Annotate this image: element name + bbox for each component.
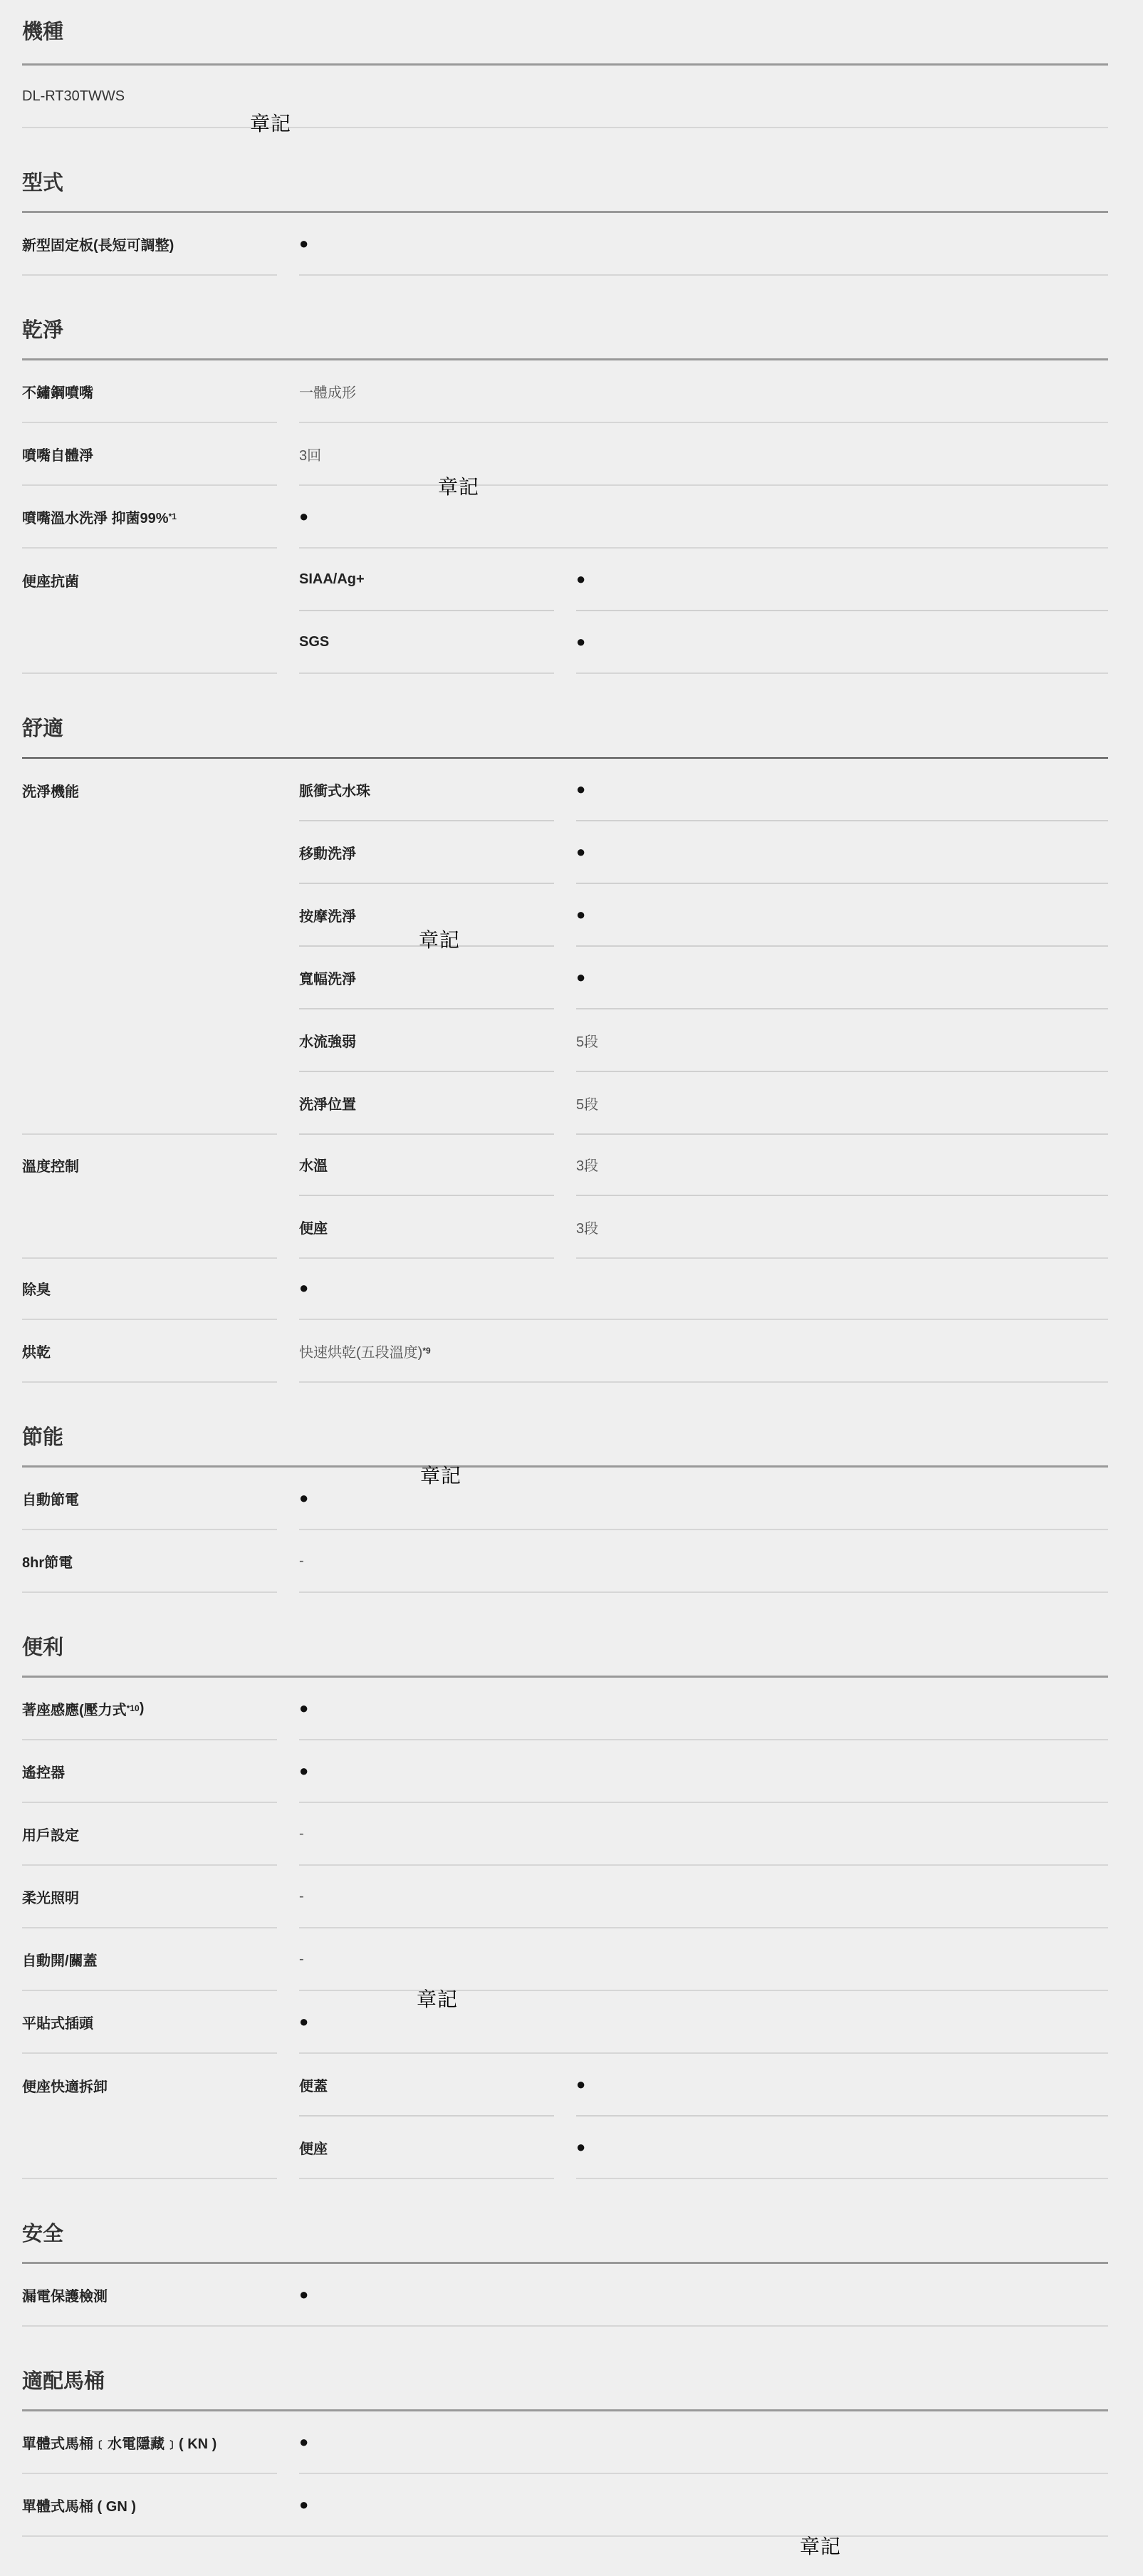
- footnote-mark: *10: [127, 1703, 140, 1713]
- spec-value: ●: [299, 1740, 1108, 1803]
- section-header: 便利: [22, 1593, 1108, 1678]
- spec-row: 不鏽鋼噴嘴 一體成形: [22, 360, 1108, 423]
- spec-subrow: 便蓋 ●: [299, 2054, 1108, 2117]
- spec-label: 噴嘴溫水洗淨 抑菌99%*1: [22, 486, 277, 549]
- section-convenience: 便利 著座感應(壓力式*10) ● 遙控器 ● 用戶設定 - 柔光照明 - 自動…: [22, 1593, 1108, 2179]
- bullet-icon: ●: [299, 234, 308, 253]
- section-compatible-toilet: 適配馬桶 單體式馬桶﹝水電隱藏﹞( KN ) ● 單體式馬桶 ( GN ) ●: [22, 2327, 1108, 2537]
- spec-label: 除臭: [22, 1257, 277, 1320]
- spec-label: 柔光照明: [22, 1866, 277, 1928]
- section-title: 適配馬桶: [22, 2369, 1108, 2394]
- spec-subrow: 水流強弱 5段: [299, 1009, 1108, 1072]
- spec-row: 平貼式插頭 ●: [22, 1991, 1108, 2054]
- spec-label: 溫度控制: [22, 1133, 277, 1259]
- footnote-mark: *1: [169, 511, 177, 521]
- spec-value: ●: [299, 486, 1108, 549]
- spec-label-text: 便座快適拆卸: [22, 2075, 108, 2096]
- spec-subkey: SGS: [299, 611, 554, 674]
- spec-label-text: 遙控器: [22, 1761, 65, 1782]
- watermark: 章記: [420, 1466, 461, 1486]
- model-number: DL-RT30TWWS: [22, 66, 1108, 128]
- spec-value: 快速烘乾(五段溫度)*9: [299, 1320, 1108, 1383]
- spec-row: 單體式馬桶 ( GN ) ●: [22, 2474, 1108, 2537]
- spec-row: 著座感應(壓力式*10) ●: [22, 1678, 1108, 1740]
- bullet-icon: ●: [299, 2285, 308, 2304]
- section-title: 型式: [22, 171, 1108, 195]
- spec-label-text: 洗淨機能: [22, 780, 79, 801]
- spec-label: 單體式馬桶 ( GN ): [22, 2474, 299, 2537]
- spec-label: 新型固定板(長短可調整): [22, 213, 277, 276]
- spec-value: 5段: [576, 1009, 1108, 1072]
- spec-subkey: 便座: [299, 1196, 554, 1259]
- spec-label: 便座快適拆卸: [22, 2054, 277, 2179]
- spec-subkey: 脈衝式水珠: [299, 759, 554, 821]
- spec-row: 除臭 ●: [22, 1257, 1108, 1320]
- section-comfort: 舒適 洗淨機能 脈衝式水珠 ● 移動洗淨 ● 按摩洗淨 ●: [22, 674, 1108, 1383]
- spec-label-text: 噴嘴自體淨: [22, 444, 93, 464]
- section-header: 舒適: [22, 674, 1108, 759]
- spec-label-text: 噴嘴溫水洗淨 抑菌99%: [22, 507, 169, 527]
- spec-row: 遙控器 ●: [22, 1740, 1108, 1803]
- bullet-icon: ●: [576, 570, 585, 588]
- bullet-icon: ●: [299, 1279, 308, 1297]
- section-header: 節能: [22, 1383, 1108, 1468]
- spec-subrow: 脈衝式水珠 ●: [299, 759, 1108, 821]
- spec-row: 洗淨機能 脈衝式水珠 ● 移動洗淨 ● 按摩洗淨 ● 寬幅洗淨 ●: [22, 759, 1108, 1135]
- bullet-icon: ●: [299, 1489, 308, 1507]
- spec-label-text: 烘乾: [22, 1341, 51, 1361]
- spec-row: 噴嘴溫水洗淨 抑菌99%*1 ●: [22, 486, 1108, 549]
- spec-label: 烘乾: [22, 1320, 277, 1383]
- spec-subkey: 水溫: [299, 1133, 554, 1196]
- bullet-icon: ●: [576, 633, 585, 651]
- bullet-icon: ●: [299, 1762, 308, 1780]
- spec-subkey: SIAA/Ag+: [299, 549, 554, 611]
- spec-value: ●: [299, 1678, 1108, 1740]
- spec-label-text: 平貼式插頭: [22, 2012, 93, 2032]
- spec-subrow: 便座 3段: [299, 1196, 1108, 1259]
- spec-label: 噴嘴自體淨: [22, 423, 277, 486]
- spec-subrow: SIAA/Ag+ ●: [299, 549, 1108, 611]
- section-title: 節能: [22, 1425, 1108, 1450]
- spec-row: 自動節電 ●: [22, 1468, 1108, 1530]
- spec-label: 平貼式插頭: [22, 1991, 277, 2054]
- spec-value: ●: [576, 821, 1108, 884]
- spec-label-text: 自動節電: [22, 1488, 79, 1509]
- spec-row: 噴嘴自體淨 3回: [22, 423, 1108, 486]
- spec-value: ●: [299, 2264, 1108, 2327]
- spec-label: 用戶設定: [22, 1803, 277, 1866]
- spec-value: 3段: [576, 1133, 1108, 1196]
- spec-row: 便座抗菌 SIAA/Ag+ ● SGS ●: [22, 549, 1108, 674]
- spec-row: 溫度控制 水溫 3段 便座 3段: [22, 1133, 1108, 1259]
- bullet-icon: ●: [299, 2012, 308, 2031]
- spec-label-text: 柔光照明: [22, 1886, 79, 1907]
- section-title: 機種: [22, 20, 1108, 44]
- section-type: 型式 新型固定板(長短可調整) ●: [22, 128, 1108, 276]
- section-header: 適配馬桶: [22, 2327, 1108, 2411]
- spec-value: ●: [299, 2411, 1108, 2474]
- spec-label-text: 自動開/關蓋: [22, 1949, 98, 1970]
- spec-subkey: 移動洗淨: [299, 821, 554, 884]
- spec-value: ●: [299, 1257, 1108, 1320]
- bullet-icon: ●: [576, 2138, 585, 2156]
- spec-row: 單體式馬桶﹝水電隱藏﹞( KN ) ●: [22, 2411, 1108, 2474]
- spec-label: 8hr節電: [22, 1530, 277, 1593]
- spec-subrow: SGS ●: [299, 611, 1108, 674]
- bullet-icon: ●: [299, 507, 308, 526]
- spec-subrow: 便座 ●: [299, 2117, 1108, 2179]
- spec-label-text: 單體式馬桶﹝水電隱藏﹞( KN ): [22, 2432, 216, 2453]
- section-model: 機種 DL-RT30TWWS: [22, 0, 1108, 128]
- section-clean: 乾淨 不鏽鋼噴嘴 一體成形 噴嘴自體淨 3回 噴嘴溫水洗淨 抑菌99%*1 ● …: [22, 276, 1108, 674]
- spec-value: ●: [576, 947, 1108, 1009]
- spec-value: ●: [576, 611, 1108, 674]
- bullet-icon: ●: [576, 843, 585, 861]
- watermark: 章記: [417, 1990, 458, 2010]
- spec-subkey: 寬幅洗淨: [299, 947, 554, 1009]
- spec-subkey: 洗淨位置: [299, 1072, 554, 1135]
- watermark: 章記: [800, 2537, 841, 2557]
- section-title: 乾淨: [22, 318, 1108, 343]
- spec-label: 自動節電: [22, 1468, 277, 1530]
- spec-subkey: 便座: [299, 2117, 554, 2179]
- spec-label-text: 不鏽鋼噴嘴: [22, 381, 93, 402]
- spec-row: 柔光照明 -: [22, 1866, 1108, 1928]
- bullet-icon: ●: [576, 968, 585, 987]
- spec-label: 自動開/關蓋: [22, 1928, 277, 1991]
- bullet-icon: ●: [576, 2075, 585, 2094]
- spec-label-text: 8hr節電: [22, 1551, 73, 1572]
- spec-value: ●: [576, 549, 1108, 611]
- spec-value: 3段: [576, 1196, 1108, 1259]
- spec-value: ●: [576, 2117, 1108, 2179]
- spec-value: 3回: [299, 423, 1108, 486]
- spec-subrow: 寬幅洗淨 ●: [299, 947, 1108, 1009]
- section-header: 乾淨: [22, 276, 1108, 360]
- spec-label-text: 單體式馬桶 ( GN ): [22, 2495, 136, 2515]
- spec-label: 著座感應(壓力式*10): [22, 1678, 277, 1740]
- spec-label: 遙控器: [22, 1740, 277, 1803]
- spec-row: 8hr節電 -: [22, 1530, 1108, 1593]
- spec-row: 烘乾 快速烘乾(五段溫度)*9: [22, 1320, 1108, 1383]
- bullet-icon: ●: [299, 2433, 308, 2451]
- spec-label-text: 除臭: [22, 1278, 51, 1299]
- spec-label-suffix: ): [140, 1700, 145, 1717]
- section-header: 型式: [22, 128, 1108, 213]
- spec-value: 5段: [576, 1072, 1108, 1135]
- spec-label-text: 用戶設定: [22, 1824, 79, 1844]
- spec-label-text: 新型固定板(長短可調整): [22, 234, 174, 254]
- spec-label-text: 著座感應(壓力式: [22, 1698, 127, 1719]
- spec-value: ●: [576, 2054, 1108, 2117]
- watermark: 章記: [419, 930, 460, 950]
- section-header: 機種: [22, 0, 1108, 66]
- spec-label-text: 溫度控制: [22, 1155, 79, 1175]
- bullet-icon: ●: [299, 2495, 308, 2514]
- section-safety: 安全 漏電保護檢測 ●: [22, 2179, 1108, 2327]
- spec-value: ●: [576, 759, 1108, 821]
- spec-value: ●: [576, 884, 1108, 947]
- bullet-icon: ●: [576, 905, 585, 924]
- spec-label-text: 便座抗菌: [22, 570, 79, 591]
- bullet-icon: ●: [299, 1699, 308, 1718]
- spec-subrow: 水溫 3段: [299, 1133, 1108, 1196]
- spec-label: 洗淨機能: [22, 759, 277, 1135]
- spec-value: 一體成形: [299, 360, 1108, 423]
- spec-value: -: [299, 1530, 1108, 1593]
- spec-label: 不鏽鋼噴嘴: [22, 360, 277, 423]
- spec-subkey: 便蓋: [299, 2054, 554, 2117]
- spec-subrow: 洗淨位置 5段: [299, 1072, 1108, 1135]
- spec-row: 便座快適拆卸 便蓋 ● 便座 ●: [22, 2054, 1108, 2179]
- spec-label: 漏電保護檢測: [22, 2264, 299, 2327]
- spec-value: -: [299, 1803, 1108, 1866]
- spec-value: ●: [299, 213, 1108, 276]
- spec-subkey: 水流強弱: [299, 1009, 554, 1072]
- spec-label: 單體式馬桶﹝水電隱藏﹞( KN ): [22, 2411, 277, 2474]
- spec-row: 用戶設定 -: [22, 1803, 1108, 1866]
- section-title: 舒適: [22, 717, 1108, 741]
- spec-value: ●: [299, 2474, 1108, 2537]
- spec-value-text: 快速烘乾(五段溫度): [299, 1341, 422, 1361]
- spec-row: 自動開/關蓋 -: [22, 1928, 1108, 1991]
- spec-label: 便座抗菌: [22, 549, 277, 674]
- section-title: 便利: [22, 1636, 1108, 1660]
- spec-subrow: 移動洗淨 ●: [299, 821, 1108, 884]
- spec-value: -: [299, 1928, 1108, 1991]
- spec-value: -: [299, 1866, 1108, 1928]
- section-header: 安全: [22, 2179, 1108, 2264]
- footnote-mark: *9: [422, 1346, 430, 1356]
- bullet-icon: ●: [576, 780, 585, 799]
- watermark: 章記: [438, 477, 479, 497]
- watermark: 章記: [250, 114, 291, 134]
- section-energy: 節能 自動節電 ● 8hr節電 -: [22, 1383, 1108, 1593]
- spec-label-text: 漏電保護檢測: [22, 2285, 108, 2305]
- spec-table: 機種 DL-RT30TWWS 型式 新型固定板(長短可調整) ● 乾淨 不鏽鋼噴…: [22, 0, 1108, 2537]
- spec-row: 漏電保護檢測 ●: [22, 2264, 1108, 2327]
- section-title: 安全: [22, 2222, 1108, 2246]
- spec-row: 新型固定板(長短可調整) ●: [22, 213, 1108, 276]
